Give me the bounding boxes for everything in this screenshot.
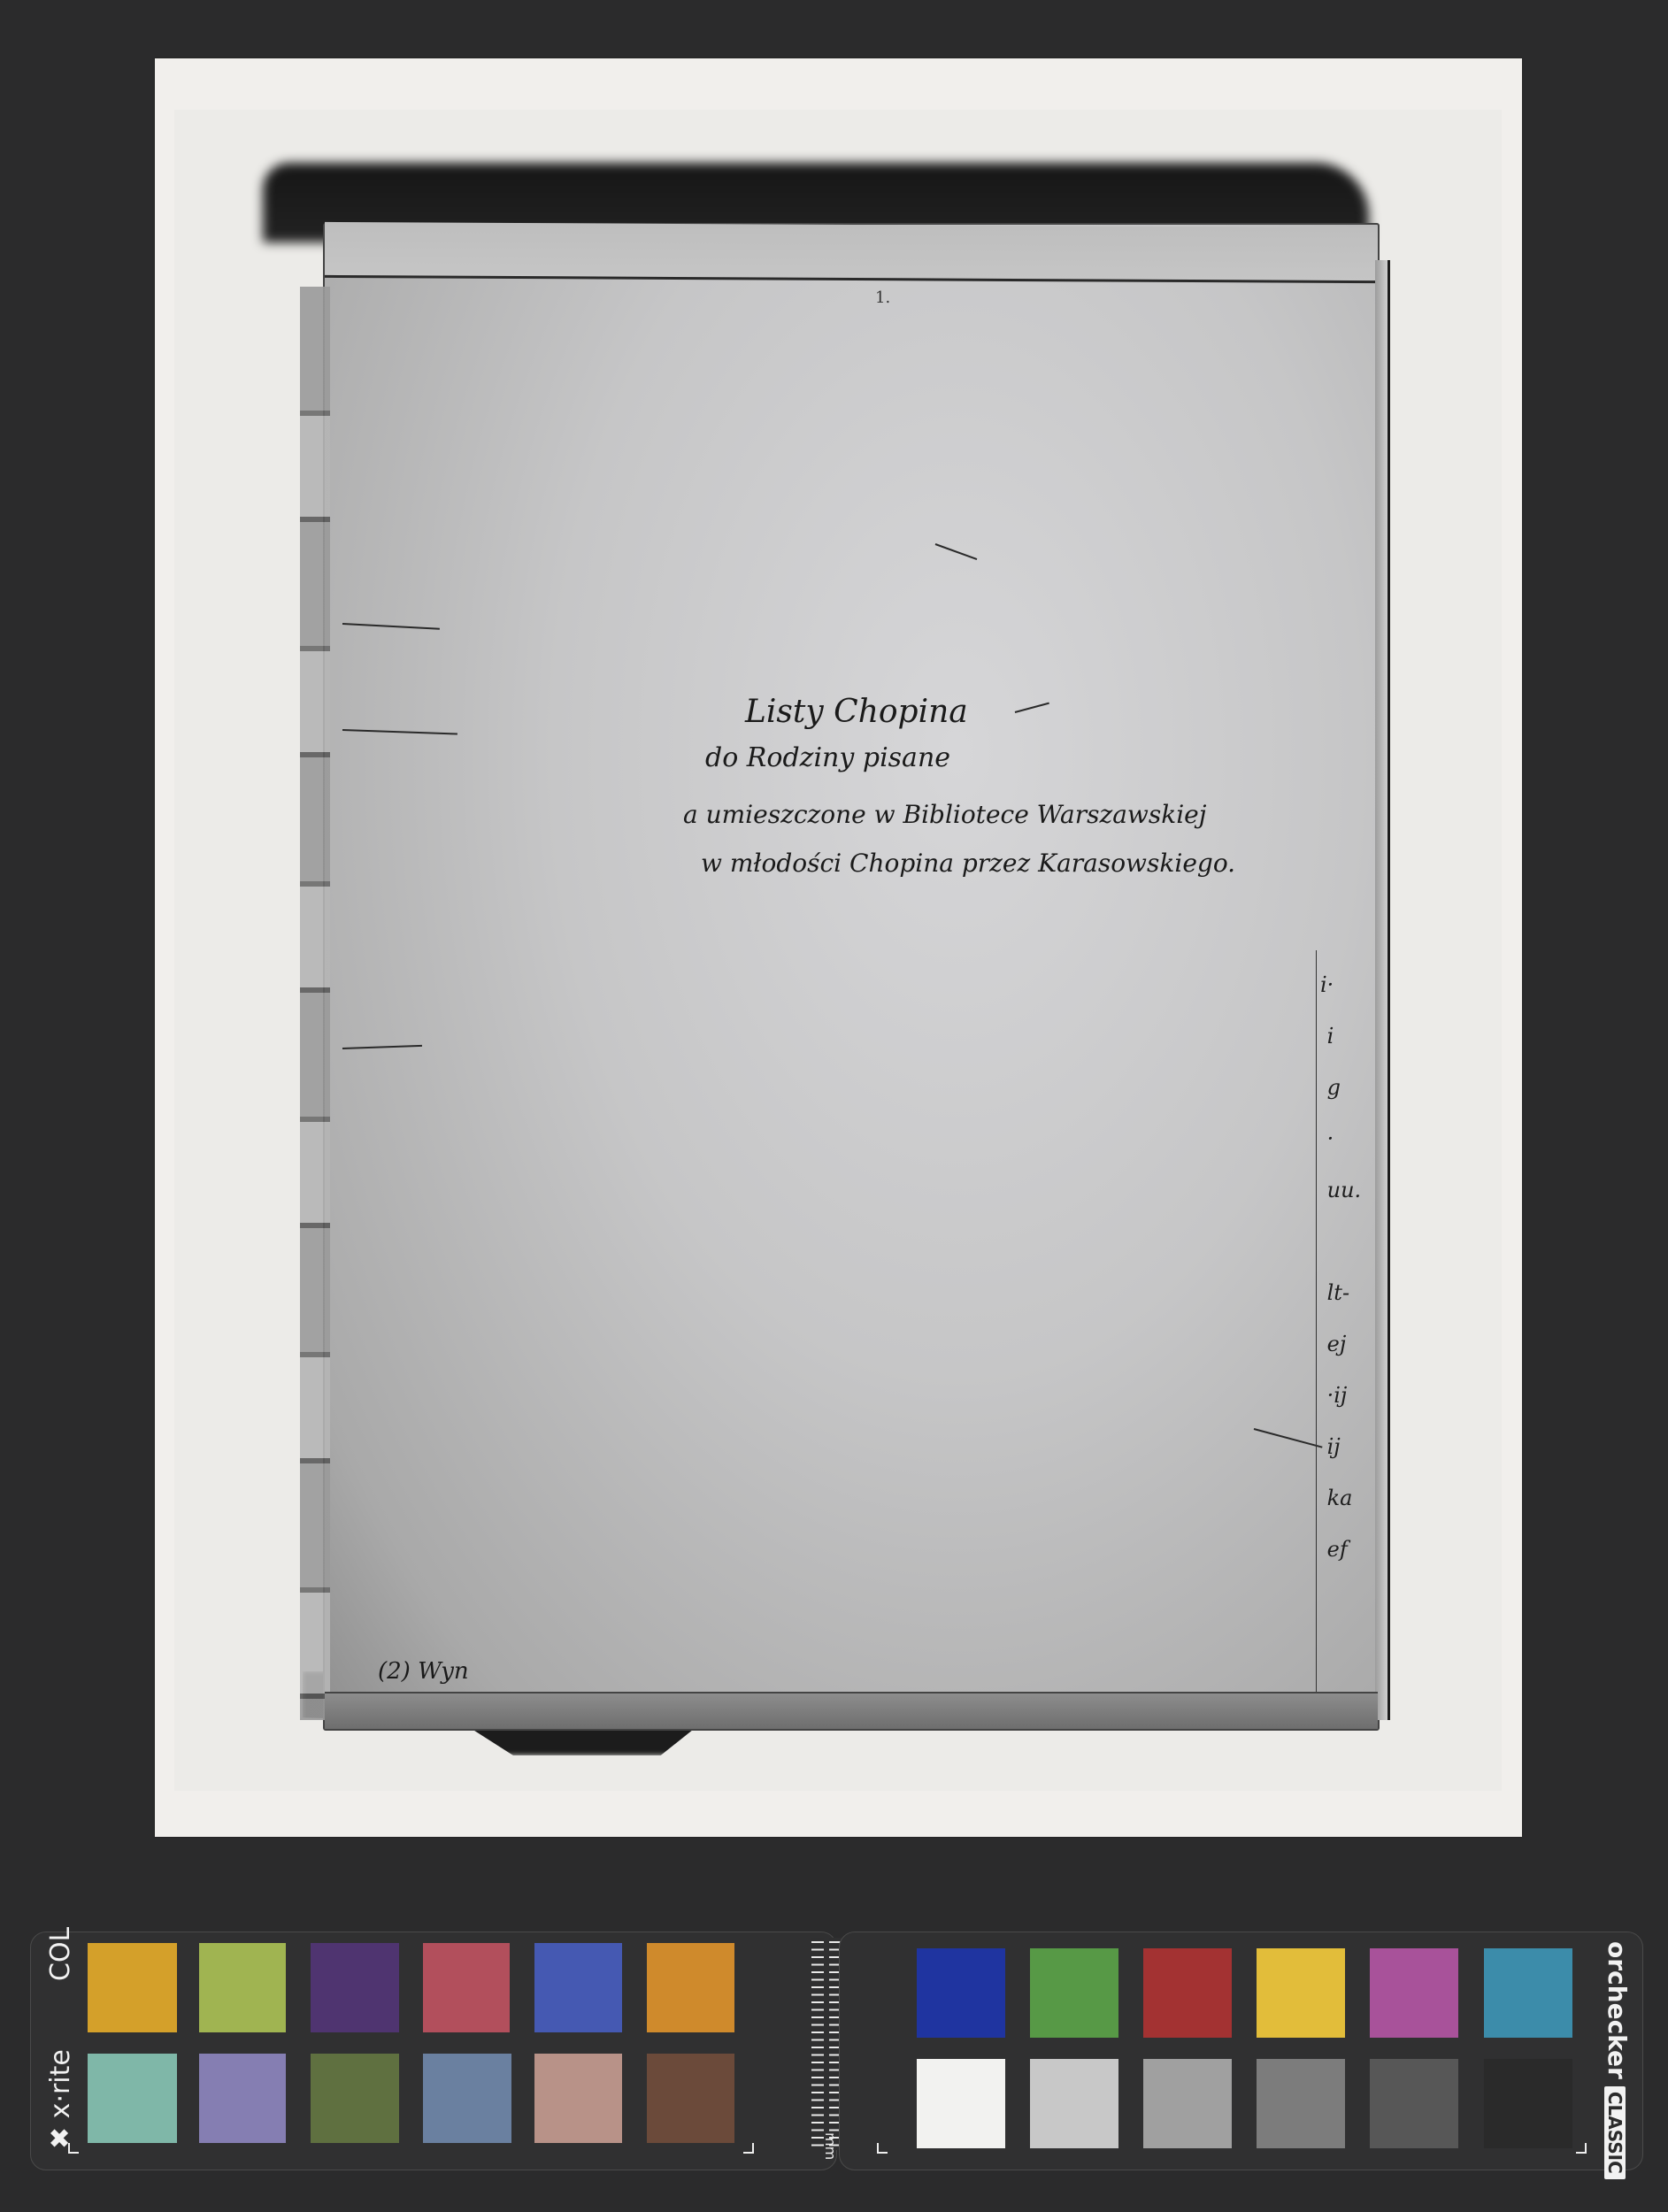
swatch <box>647 2054 734 2143</box>
swatch <box>917 2059 1005 2148</box>
swatch <box>647 1943 734 2032</box>
bottom-left-note: (2) Wyn <box>378 1658 469 1685</box>
title-line-3: a umieszczone w Bibliotece Warszawskiej <box>683 800 1206 829</box>
swatch <box>1143 2059 1232 2148</box>
checker-brand: checker <box>1603 1970 1632 2079</box>
color-target-right-card: orcheckerCLASSIC <box>839 1932 1643 2170</box>
swatch <box>917 1948 1005 2038</box>
brand-prefix: or <box>1603 1941 1632 1970</box>
swatch <box>1370 1948 1458 2038</box>
tear-mark <box>1015 703 1049 713</box>
swatch <box>311 2054 399 2143</box>
swatch <box>199 1943 286 2032</box>
color-target-left-card: COL ✖ x·rite <box>30 1932 837 2170</box>
brand-partial-text: COL <box>45 1927 76 1981</box>
swatch <box>1143 1948 1232 2038</box>
stacked-pages-edge <box>1375 260 1390 1720</box>
tear-crack <box>1254 1428 1323 1448</box>
colorchecker-logo: orcheckerCLASSIC <box>1603 1941 1632 2179</box>
swatch <box>423 2054 511 2143</box>
page-number: 1. <box>875 288 890 307</box>
swatch <box>1484 2059 1572 2148</box>
photo-area: 1. i· i g · uu. lt- ej ·ij ij ka ef List… <box>174 110 1502 1791</box>
title-line-2: do Rodziny pisane <box>705 742 950 773</box>
tear-crack <box>342 623 440 630</box>
swatch <box>88 2054 177 2143</box>
xrite-logo: ✖ x·rite <box>45 2049 76 2149</box>
tear-crack <box>342 729 457 735</box>
xrite-brand: x·rite <box>45 2049 76 2118</box>
swatch <box>199 2054 286 2143</box>
swatch <box>1030 2059 1118 2148</box>
title-line-1: Listy Chopina <box>745 694 968 730</box>
margin-handwriting: i· i g · uu. lt- ej ·ij ij ka ef <box>1320 959 1373 1575</box>
ruler-unit-label: mm <box>822 2132 839 2160</box>
tear-crack <box>342 1045 422 1049</box>
registration-corner <box>743 2143 754 2154</box>
swatch <box>1484 1948 1572 2038</box>
registration-corner <box>68 2143 79 2154</box>
swatch <box>1370 2059 1458 2148</box>
swatch <box>311 1943 399 2032</box>
swatch <box>1030 1948 1118 2038</box>
title-line-4: w młodości Chopina przez Karasowskiego. <box>701 849 1235 878</box>
swatch <box>423 1943 510 2032</box>
swatch <box>88 1943 177 2032</box>
swatch <box>1257 2059 1345 2148</box>
page-margin-edge <box>1316 950 1317 1729</box>
registration-corner <box>877 2143 888 2154</box>
swatch <box>534 1943 622 2032</box>
swatch <box>1257 1948 1345 2038</box>
tear-mark <box>935 543 978 560</box>
swatch <box>534 2054 622 2143</box>
manuscript-page: 1. i· i g · uu. lt- ej ·ij ij ka ef List… <box>323 223 1380 1731</box>
photographic-print: 1. i· i g · uu. lt- ej ·ij ij ka ef List… <box>155 58 1522 1837</box>
registration-corner <box>1576 2143 1587 2154</box>
torn-left-edge <box>300 287 330 1720</box>
classic-badge: CLASSIC <box>1604 2086 1626 2179</box>
